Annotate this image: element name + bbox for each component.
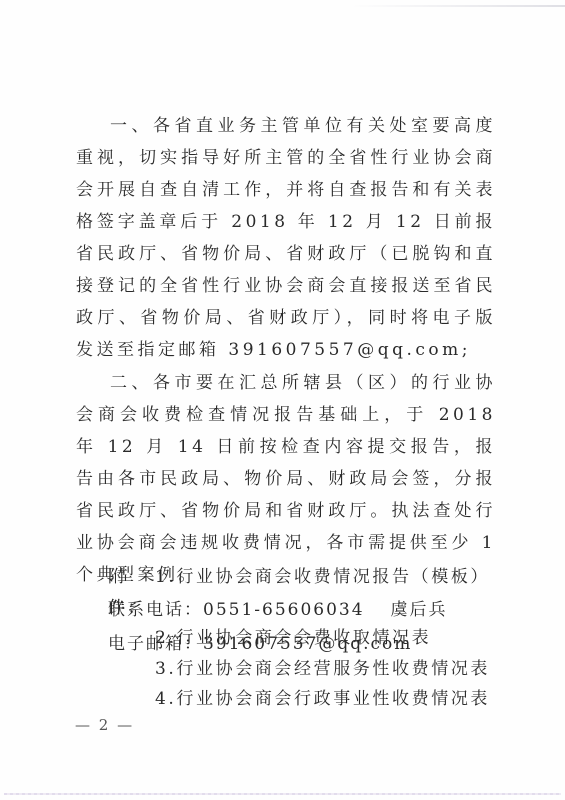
attachment-row: 4.行业协会商会行政事业性收费情况表 [108, 684, 490, 715]
attachment-row: 2.行业协会商会会费收取情况表 [108, 623, 490, 654]
attachment-item: 3.行业协会商会经营服务性收费情况表 [155, 654, 490, 685]
attachment-item: 2.行业协会商会会费收取情况表 [155, 623, 431, 654]
attachments-label: 附件： [108, 562, 155, 623]
attachments-list: 附件： 1.行业协会商会收费情况报告（模板） 2.行业协会商会会费收取情况表 3… [108, 562, 490, 715]
attachment-row: 附件： 1.行业协会商会收费情况报告（模板） [108, 562, 490, 623]
scan-edge-bottom [4, 793, 561, 795]
attachment-row: 3.行业协会商会经营服务性收费情况表 [108, 654, 490, 685]
paragraph-1: 一、各省直业务主管单位有关处室要高度重视，切实指导好所主管的全省性行业协会商会开… [76, 110, 496, 366]
scan-edge-top [350, 5, 565, 7]
attachment-item: 4.行业协会商会行政事业性收费情况表 [155, 684, 490, 715]
attachment-item: 1.行业协会商会收费情况报告（模板） [155, 562, 490, 623]
page-number: — 2 — [75, 716, 134, 734]
paragraph-2: 二、各市要在汇总所辖县（区）的行业协会商会收费检查情况报告基础上，于 2018 … [76, 367, 496, 591]
document-page: 一、各省直业务主管单位有关处室要高度重视，切实指导好所主管的全省性行业协会商会开… [0, 0, 565, 800]
